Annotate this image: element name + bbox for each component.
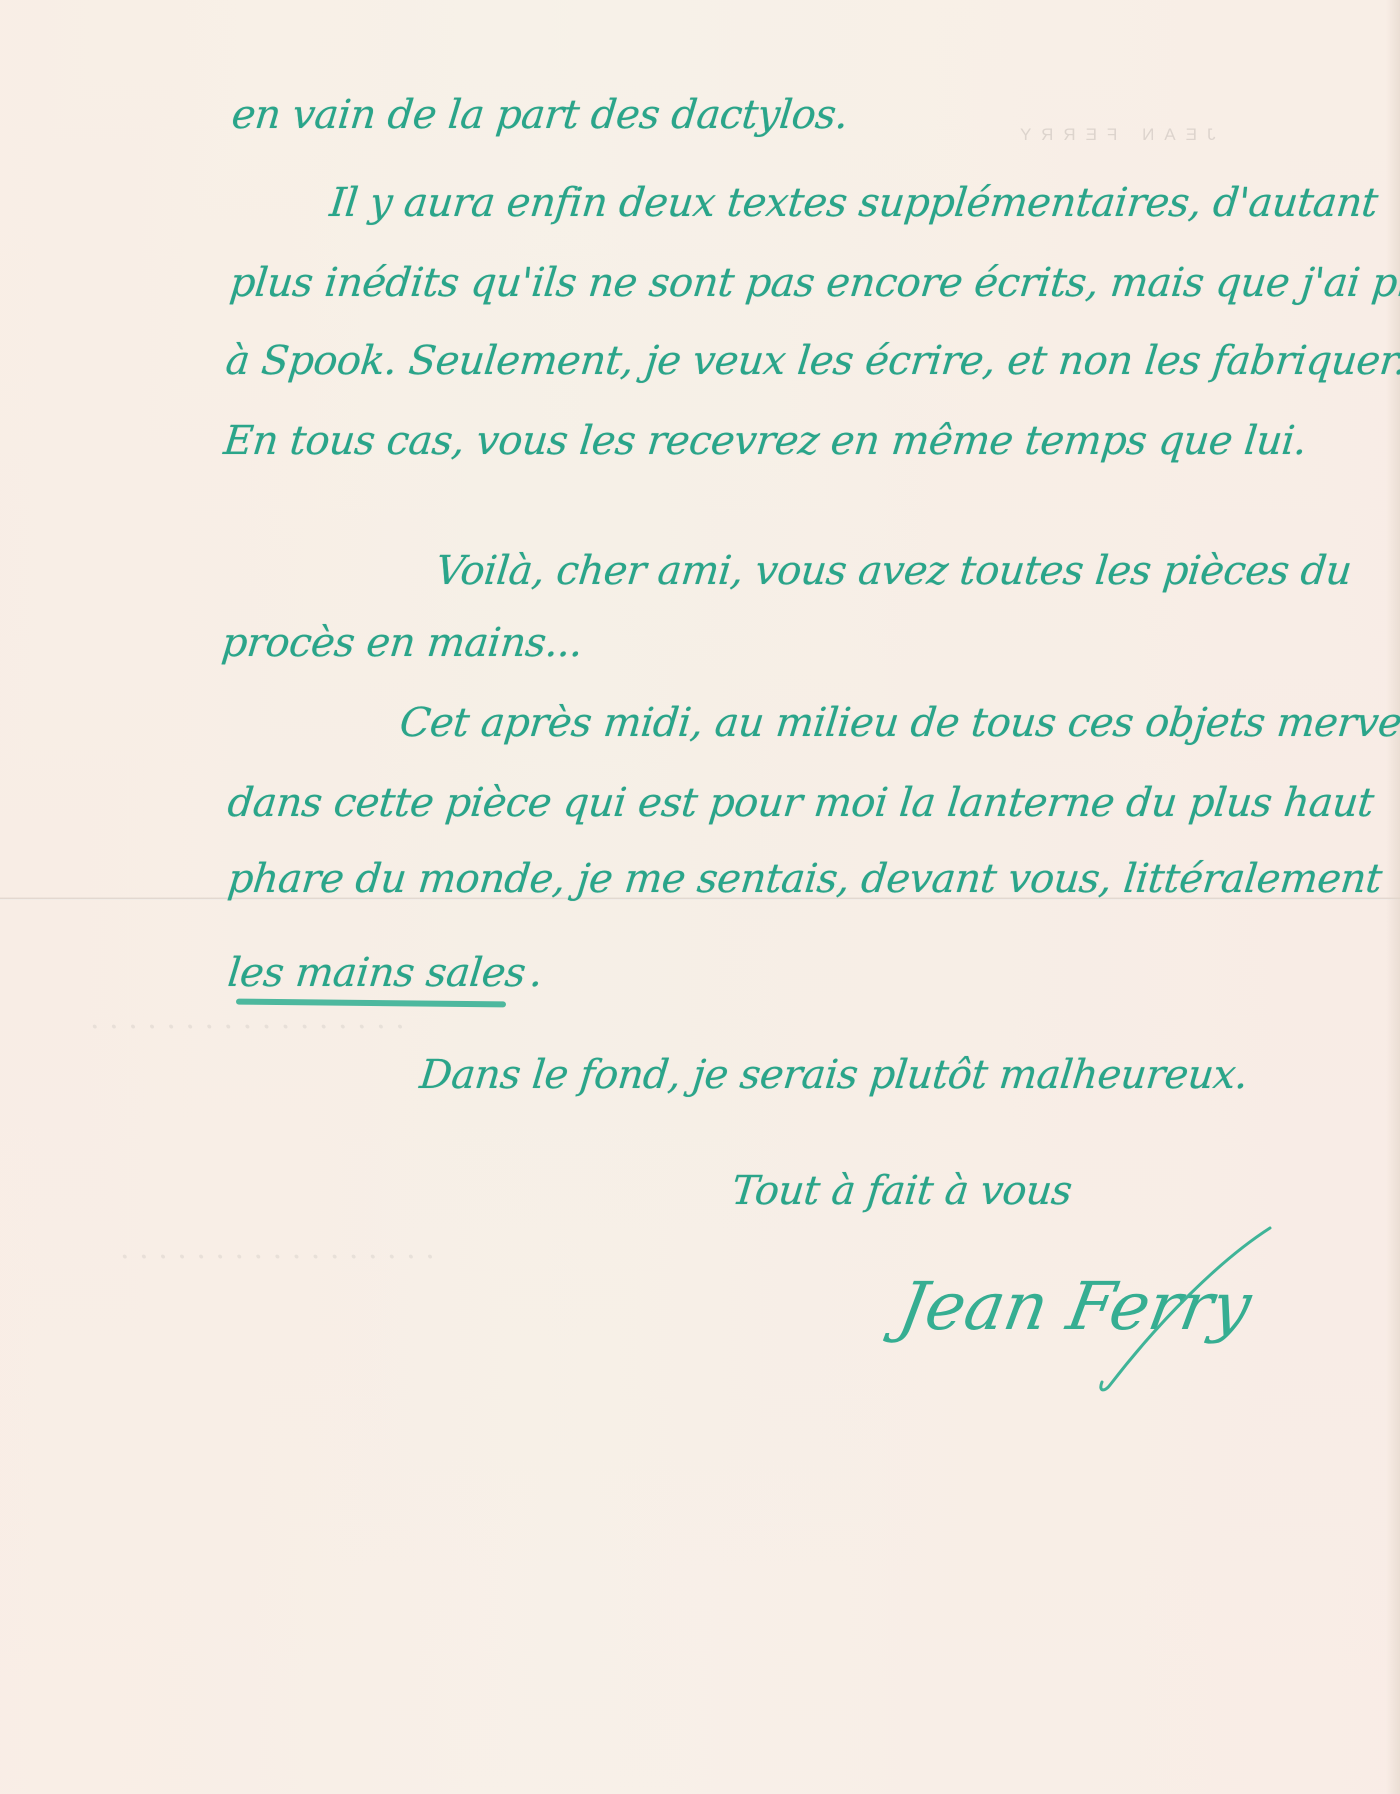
underline-stroke bbox=[236, 999, 506, 1008]
letterhead-showthrough: JEAN FERRY bbox=[1010, 125, 1216, 145]
letter-line: . bbox=[528, 950, 545, 996]
letter-line: En tous cas, vous les recevrez en même t… bbox=[222, 418, 1309, 464]
signature-flourish bbox=[1080, 1220, 1280, 1400]
letter-line: dans cette pièce qui est pour moi la lan… bbox=[226, 780, 1376, 826]
letter-line: Voilà, cher ami, vous avez toutes les pi… bbox=[434, 548, 1354, 594]
letter-page: JEAN FERRY · · · · · · · · · · · · · · ·… bbox=[0, 0, 1400, 1794]
letter-line: procès en mains... bbox=[220, 620, 585, 666]
letter-line: Il y aura enfin deux textes supplémentai… bbox=[328, 180, 1380, 226]
showthrough-text: · · · · · · · · · · · · · · · · · bbox=[120, 1240, 435, 1275]
letter-line: Cet après midi, au milieu de tous ces ob… bbox=[398, 700, 1400, 746]
letter-line: phare du monde, je me sentais, devant vo… bbox=[226, 856, 1384, 902]
letter-line: Dans le fond, je serais plutôt malheureu… bbox=[418, 1052, 1250, 1098]
letter-line: plus inédits qu'ils ne sont pas encore é… bbox=[228, 260, 1400, 306]
letter-line: en vain de la part des dactylos. bbox=[230, 92, 851, 138]
underlined-phrase: les mains sales bbox=[226, 950, 528, 996]
showthrough-text: · · · · · · · · · · · · · · · · · bbox=[90, 1010, 405, 1045]
letter-line: à Spook. Seulement, je veux les écrire, … bbox=[224, 338, 1400, 384]
closing-line: Tout à fait à vous bbox=[730, 1168, 1074, 1214]
